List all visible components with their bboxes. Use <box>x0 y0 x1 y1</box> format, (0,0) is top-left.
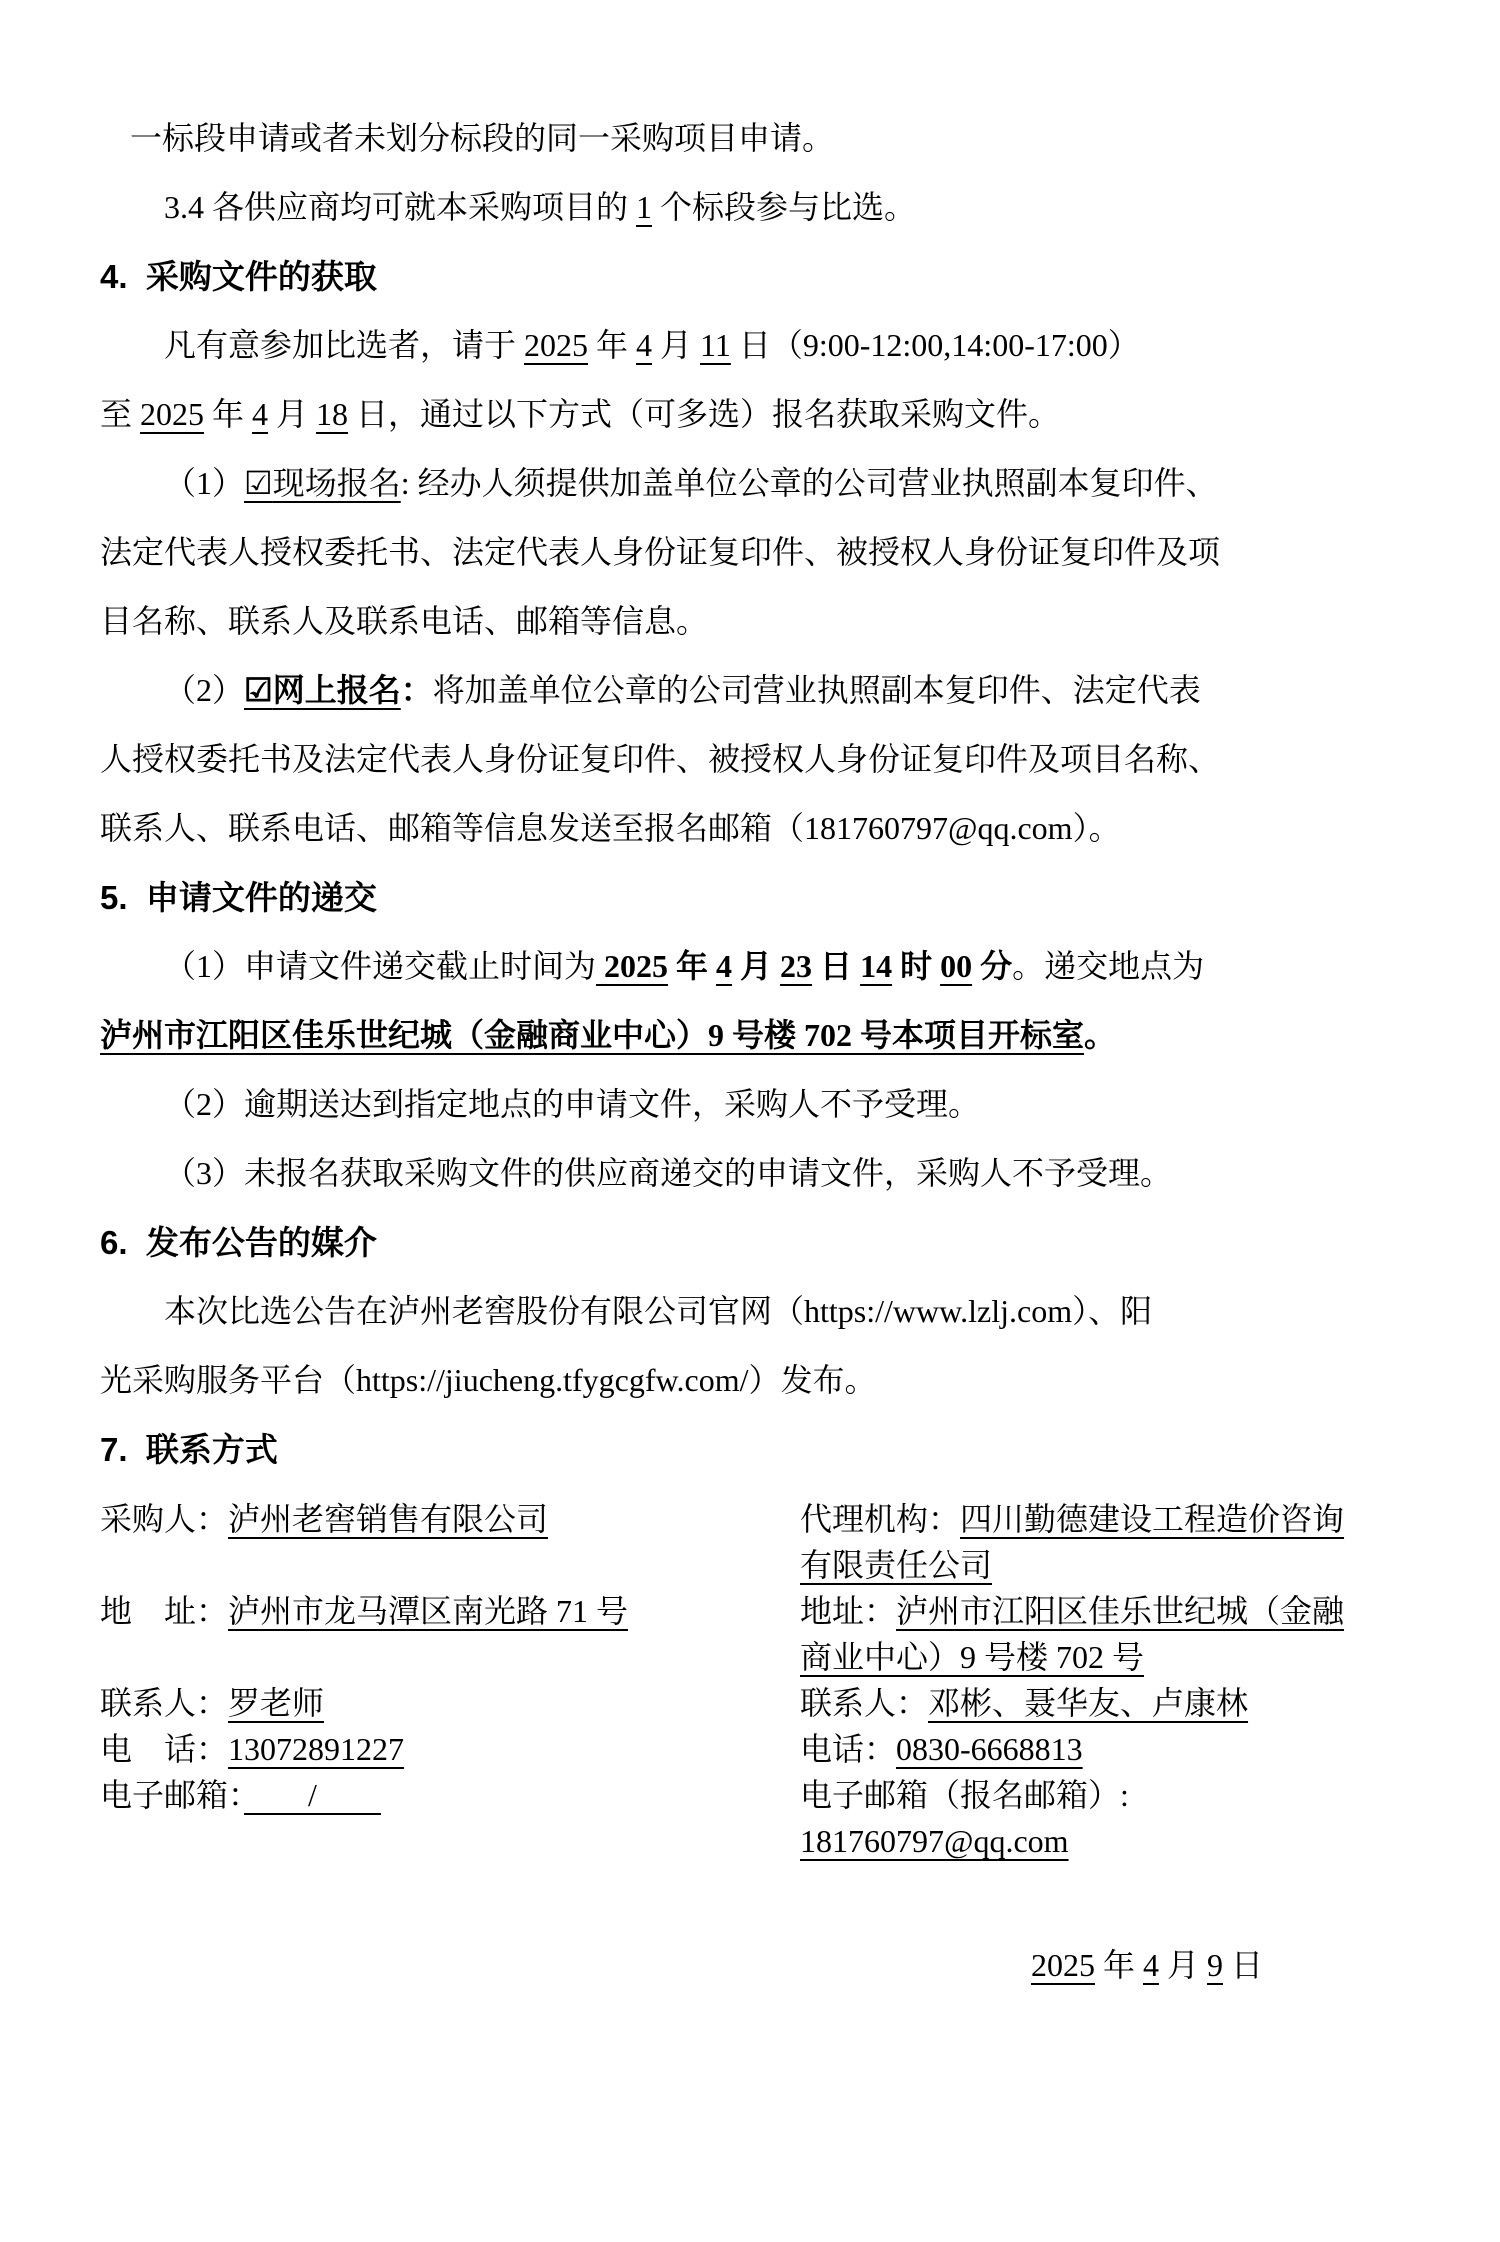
text-run: （1） <box>164 465 244 501</box>
text-run: 采购人： <box>100 1501 228 1537</box>
section-4-heading: 4. 采购文件的获取 <box>100 242 1410 311</box>
text-run: : 经办人须提供加盖单位公章的公司营业执照副本复印件、 <box>401 465 1218 501</box>
contact-line: 代理机构：四川勤德建设工程造价咨询 <box>800 1496 1410 1542</box>
unregistered-item: （3）未报名获取采购文件的供应商递交的申请文件，采购人不予受理。 <box>100 1139 1410 1208</box>
section-4-paragraph-1: 凡有意参加比选者，请于 2025 年 4 月 11 日（9:00-12:00,1… <box>100 311 1410 380</box>
text-run: 电子邮箱： <box>100 1777 244 1813</box>
contact-line: 商业中心）9 号楼 702 号 <box>800 1634 1410 1680</box>
text-run: 4 <box>252 396 268 432</box>
text-run: 网上报名 <box>273 672 401 708</box>
text-run: 年 <box>1095 1947 1143 1983</box>
contact-cell-right: 代理机构：四川勤德建设工程造价咨询有限责任公司 <box>800 1496 1410 1588</box>
online-signup-line-2: 人授权委托书及法定代表人身份证复印件、被授权人身份证复印件及项目名称、 <box>100 725 1410 794</box>
onsite-signup-item: （1）☑现场报名: 经办人须提供加盖单位公章的公司营业执照副本复印件、 <box>100 449 1410 518</box>
text-run: 月 <box>268 396 316 432</box>
text-run: 00 <box>940 948 972 984</box>
text-run: 月 <box>732 948 780 984</box>
text-run: 邓彬、聂华友、卢康林 <box>928 1685 1248 1721</box>
text-run: 个标段参与比选。 <box>652 189 916 225</box>
contact-cell-right: 电子邮箱（报名邮箱）:181760797@qq.com <box>800 1772 1410 1864</box>
text-run: 现场报名 <box>273 465 401 501</box>
text-run: 联系人、联系电话、邮箱等信息发送至报名邮箱（181760797@qq.com）。 <box>100 810 1121 846</box>
text-run: 11 <box>700 327 731 363</box>
text-run: 181760797@qq.com <box>800 1823 1069 1859</box>
text-run: 一标段申请或者未划分标段的同一采购项目申请。 <box>130 120 834 156</box>
section-4-paragraph-2: 至 2025 年 4 月 18 日，通过以下方式（可多选）报名获取采购文件。 <box>100 380 1410 449</box>
contact-line: 采购人：泸州老窖销售有限公司 <box>100 1496 800 1542</box>
contact-line: 地 址：泸州市龙马潭区南光路 71 号 <box>100 1588 800 1634</box>
section-5-heading: 5. 申请文件的递交 <box>100 863 1410 932</box>
text-run: 4 <box>1143 1947 1159 1983</box>
text-run: 地 址： <box>100 1593 228 1629</box>
text-run: 日（9:00-12:00,14:00-17:00） <box>731 327 1140 363</box>
text-run: 13072891227 <box>228 1731 404 1767</box>
text-run: 2025 <box>1031 1947 1095 1983</box>
text-run: 年 <box>588 327 636 363</box>
text-run: 2025 <box>596 948 668 984</box>
text-run: 0830-6668813 <box>896 1731 1083 1767</box>
checked-checkbox-icon: ☑ <box>244 672 273 708</box>
deadline-item: （1）申请文件递交截止时间为 2025 年 4 月 23 日 14 时 00 分… <box>100 932 1410 1001</box>
text-run: 光采购服务平台（https://jiucheng.tfygcgfw.com/）发… <box>100 1362 877 1398</box>
text-run: 将加盖单位公章的公司营业执照副本复印件、法定代表 <box>433 672 1201 708</box>
document-page: 一标段申请或者未划分标段的同一采购项目申请。 3.4 各供应商均可就本采购项目的… <box>0 0 1500 2242</box>
contact-line: 联系人：罗老师 <box>100 1680 800 1726</box>
text-run: 年 <box>668 948 716 984</box>
text-run: （2） <box>164 672 244 708</box>
online-signup-item: （2）☑网上报名：将加盖单位公章的公司营业执照副本复印件、法定代表 <box>100 656 1410 725</box>
text-run: 4 <box>716 948 732 984</box>
text-run: 至 <box>100 396 140 432</box>
text-run: 人授权委托书及法定代表人身份证复印件、被授权人身份证复印件及项目名称、 <box>100 741 1220 777</box>
text-run: 地址： <box>800 1593 896 1629</box>
text-run: 9 <box>1207 1947 1223 1983</box>
text-run: 月 <box>652 327 700 363</box>
text-run: 日 <box>812 948 860 984</box>
contact-cell-left: 采购人：泸州老窖销售有限公司 <box>100 1496 800 1588</box>
text-run: 泸州市龙马潭区南光路 71 号 <box>228 1593 628 1629</box>
text-run: 电话： <box>800 1731 896 1767</box>
delivery-address-line: 泸州市江阳区佳乐世纪城（金融商业中心）9 号楼 702 号本项目开标室。 <box>100 1001 1410 1070</box>
text-run: 电子邮箱（报名邮箱）: <box>800 1777 1129 1813</box>
contact-line: 有限责任公司 <box>800 1542 1410 1588</box>
contact-line: 电话：0830-6668813 <box>800 1726 1410 1772</box>
text-run: 4. 采购文件的获取 <box>100 258 377 295</box>
text-run: 。 <box>1084 1017 1116 1053</box>
contact-line: 181760797@qq.com <box>800 1818 1410 1864</box>
text-run: 月 <box>1159 1947 1207 1983</box>
contact-cell-left: 地 址：泸州市龙马潭区南光路 71 号 <box>100 1588 800 1680</box>
announcement-date: 2025 年 4 月 9 日 <box>100 1942 1410 1988</box>
text-run: 罗老师 <box>228 1685 324 1721</box>
section-6-heading: 6. 发布公告的媒介 <box>100 1208 1410 1277</box>
text-run: 年 <box>204 396 252 432</box>
text-run: 5. 申请文件的递交 <box>100 879 377 916</box>
text-run: 本次比选公告在泸州老窖股份有限公司官网（https://www.lzlj.com… <box>164 1293 1152 1329</box>
text-run: 泸州老窖销售有限公司 <box>228 1501 548 1537</box>
carryover-line: 一标段申请或者未划分标段的同一采购项目申请。 <box>100 104 1410 173</box>
contact-cell-right: 地址：泸州市江阳区佳乐世纪城（金融商业中心）9 号楼 702 号 <box>800 1588 1410 1680</box>
text-run: 日 <box>1223 1947 1263 1983</box>
text-run: 日，通过以下方式（可多选）报名获取采购文件。 <box>348 396 1060 432</box>
contact-cell-left: 电 话：13072891227 <box>100 1726 800 1772</box>
contact-cell-left: 联系人：罗老师 <box>100 1680 800 1726</box>
text-run: 。递交地点为 <box>1012 948 1204 984</box>
text-run: 商业中心）9 号楼 702 号 <box>800 1639 1144 1675</box>
text-run: 电 话： <box>100 1731 228 1767</box>
text-run: 18 <box>316 396 348 432</box>
text-run: 14 <box>860 948 892 984</box>
text-run: 凡有意参加比选者，请于 <box>164 327 524 363</box>
onsite-signup-line-2: 法定代表人授权委托书、法定代表人身份证复印件、被授权人身份证复印件及项 <box>100 518 1410 587</box>
text-run: ： <box>401 672 433 708</box>
text-run: 7. 联系方式 <box>100 1431 278 1468</box>
text-run: 代理机构： <box>800 1501 960 1537</box>
checked-checkbox-icon: ☑ <box>244 465 273 501</box>
text-run: 2025 <box>524 327 588 363</box>
text-run: 联系人： <box>100 1685 228 1721</box>
contact-line: 电子邮箱（报名邮箱）: <box>800 1772 1410 1818</box>
media-paragraph-2: 光采购服务平台（https://jiucheng.tfygcgfw.com/）发… <box>100 1346 1410 1415</box>
text-run: （2）逾期送达到指定地点的申请文件，采购人不予受理。 <box>164 1086 980 1122</box>
text-run: 联系人： <box>800 1685 928 1721</box>
onsite-signup-line-3: 目名称、联系人及联系电话、邮箱等信息。 <box>100 587 1410 656</box>
media-paragraph-1: 本次比选公告在泸州老窖股份有限公司官网（https://www.lzlj.com… <box>100 1277 1410 1346</box>
text-run: 有限责任公司 <box>800 1547 992 1583</box>
text-run: 1 <box>636 189 652 225</box>
text-run: 2025 <box>140 396 204 432</box>
contact-cell-right: 联系人：邓彬、聂华友、卢康林 <box>800 1680 1410 1726</box>
text-run: 泸州市江阳区佳乐世纪城（金融 <box>896 1593 1344 1629</box>
section-7-heading: 7. 联系方式 <box>100 1415 1410 1484</box>
text-run: 4 <box>636 327 652 363</box>
text-run: （1）申请文件递交截止时间为 <box>164 948 596 984</box>
text-run: 四川勤德建设工程造价咨询 <box>960 1501 1344 1537</box>
text-run: 目名称、联系人及联系电话、邮箱等信息。 <box>100 603 708 639</box>
contact-line: 地址：泸州市江阳区佳乐世纪城（金融 <box>800 1588 1410 1634</box>
text-run: （3）未报名获取采购文件的供应商递交的申请文件，采购人不予受理。 <box>164 1155 1172 1191</box>
contact-table: 采购人：泸州老窖销售有限公司代理机构：四川勤德建设工程造价咨询有限责任公司地 址… <box>100 1496 1410 1864</box>
contact-cell-right: 电话：0830-6668813 <box>800 1726 1410 1772</box>
contact-line: 电子邮箱： / <box>100 1772 800 1818</box>
text-run: 时 <box>892 948 940 984</box>
text-run: / <box>244 1777 381 1813</box>
text-run: 法定代表人授权委托书、法定代表人身份证复印件、被授权人身份证复印件及项 <box>100 534 1220 570</box>
late-delivery-item: （2）逾期送达到指定地点的申请文件，采购人不予受理。 <box>100 1070 1410 1139</box>
contact-line: 电 话：13072891227 <box>100 1726 800 1772</box>
clause-3-4: 3.4 各供应商均可就本采购项目的 1 个标段参与比选。 <box>100 173 1410 242</box>
text-run: 6. 发布公告的媒介 <box>100 1224 377 1261</box>
text-run: 23 <box>780 948 812 984</box>
online-signup-line-3: 联系人、联系电话、邮箱等信息发送至报名邮箱（181760797@qq.com）。 <box>100 794 1410 863</box>
contact-line: 联系人：邓彬、聂华友、卢康林 <box>800 1680 1410 1726</box>
text-run: 泸州市江阳区佳乐世纪城（金融商业中心）9 号楼 702 号本项目开标室 <box>100 1017 1084 1053</box>
text-run: 分 <box>972 948 1012 984</box>
contact-cell-left: 电子邮箱： / <box>100 1772 800 1864</box>
text-run: 3.4 各供应商均可就本采购项目的 <box>164 189 636 225</box>
